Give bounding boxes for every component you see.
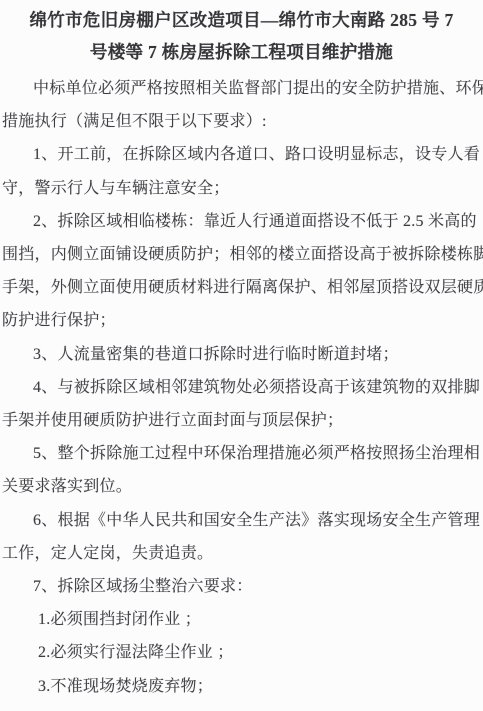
document-title: 绵竹市危旧房棚户区改造项目—绵竹市大南路 285 号 7 号楼等 7 栋房屋拆除…: [0, 0, 483, 68]
body-line: 2、拆除区域相临楼栋：靠近人行通道面搭设不低于 2.5 米高的: [2, 205, 481, 238]
body-line: 措施执行（满足但不限于以下要求）:: [2, 105, 481, 138]
body-line: 关要求落实到位。: [2, 470, 481, 503]
body-line: 围挡，内侧立面铺设硬质防护；相邻的楼立面搭设高于被拆除楼栋脚: [2, 238, 481, 271]
body-line: 4、与被拆除区域相邻建筑物处必须搭设高于该建筑物的双排脚: [2, 371, 481, 404]
body-line: 6、根据《中华人民共和国安全生产法》落实现场安全生产管理: [2, 504, 481, 537]
body-line: 中标单位必须严格按照相关监督部门提出的安全防护措施、环保: [2, 72, 481, 105]
document-title-line: 号楼等 7 栋房屋拆除工程项目维护措施: [0, 36, 483, 68]
body-line: 手架，外侧立面使用硬质材料进行隔离保护、相邻屋顶搭设双层硬质: [2, 271, 481, 304]
body-line: 3、人流量密集的巷道口拆除时进行临时断道封堵；: [2, 338, 481, 371]
body-line: 工作，定人定岗，失责追责。: [2, 537, 481, 570]
document-page: 绵竹市危旧房棚户区改造项目—绵竹市大南路 285 号 7 号楼等 7 栋房屋拆除…: [0, 0, 483, 711]
document-body: 中标单位必须严格按照相关监督部门提出的安全防护措施、环保 措施执行（满足但不限于…: [0, 72, 483, 703]
body-line: 3.不准现场焚烧废弃物；: [2, 670, 481, 703]
body-line: 防护进行保护；: [2, 304, 481, 337]
body-line: 手架并使用硬质防护进行立面封面与顶层保护；: [2, 404, 481, 437]
body-line: 2.必须实行湿法降尘作业 ；: [2, 636, 481, 669]
body-line: 5、整个拆除施工过程中环保治理措施必须严格按照扬尘治理相: [2, 437, 481, 470]
body-line: 1.必须围挡封闭作业 ；: [2, 603, 481, 636]
body-line: 守，警示行人与车辆注意安全；: [2, 172, 481, 205]
body-line: 1、开工前，在拆除区域内各道口、路口设明显标志，设专人看: [2, 138, 481, 171]
body-line: 7、拆除区域扬尘整治六要求：: [2, 570, 481, 603]
document-title-line: 绵竹市危旧房棚户区改造项目—绵竹市大南路 285 号 7: [0, 4, 483, 36]
